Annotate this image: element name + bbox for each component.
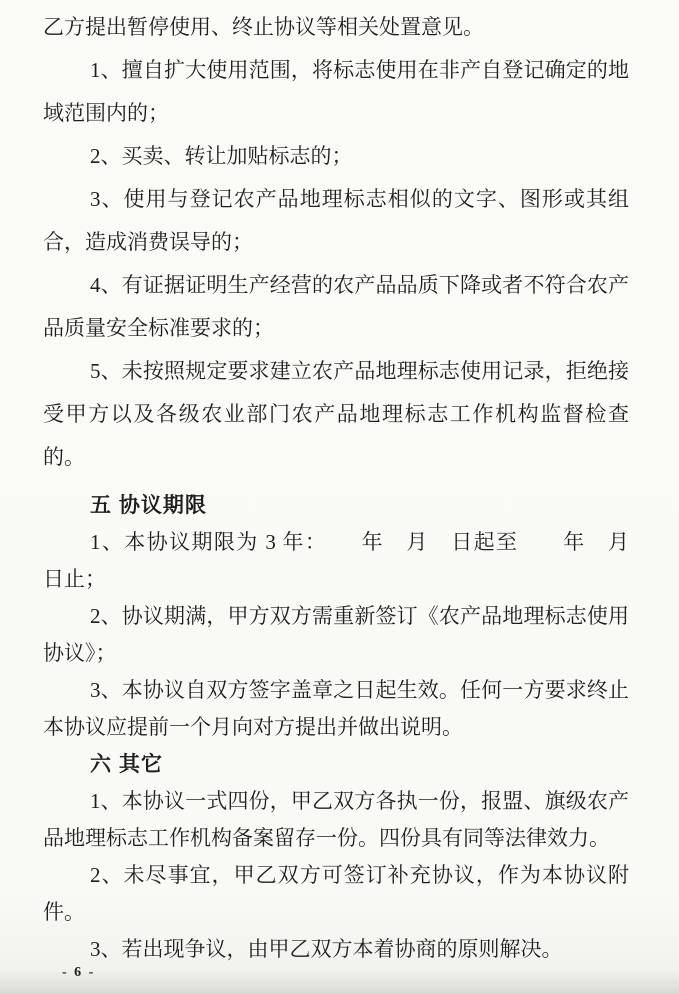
section-term-and-misc: 五 协议期限 1、本协议期限为 3 年： 年 月 日起至 年 月 日止； 2、协… [43, 487, 629, 968]
paragraph: 1、本协议期限为 3 年： 年 月 日起至 年 月 日止； [43, 524, 629, 598]
scanned-document-page: 乙方提出暂停使用、终止协议等相关处置意见。 1、擅自扩大使用范围，将标志使用在非… [0, 0, 679, 994]
paragraph: 1、擅自扩大使用范围，将标志使用在非产自登记确定的地域范围内的； [43, 49, 629, 135]
paragraph: 4、有证据证明生产经营的农产品品质下降或者不符合农产品质量安全标准要求的； [43, 264, 629, 350]
section-violations: 乙方提出暂停使用、终止协议等相关处置意见。 1、擅自扩大使用范围，将标志使用在非… [43, 6, 629, 479]
paragraph: 1、本协议一式四份，甲乙双方各执一份，报盟、旗级农产品地理标志工作机构备案留存一… [43, 783, 629, 857]
paragraph: 乙方提出暂停使用、终止协议等相关处置意见。 [43, 6, 629, 49]
paragraph: 3、本协议自双方签字盖章之日起生效。任何一方要求终止本协议应提前一个月向对方提出… [43, 672, 629, 746]
document-body: 乙方提出暂停使用、终止协议等相关处置意见。 1、擅自扩大使用范围，将标志使用在非… [43, 6, 629, 968]
section-heading: 六 其它 [43, 746, 629, 783]
paragraph: 2、买卖、转让加贴标志的； [43, 135, 629, 178]
paragraph: 3、使用与登记农产品地理标志相似的文字、图形或其组合，造成消费误导的； [43, 178, 629, 264]
section-heading: 五 协议期限 [43, 487, 629, 524]
paragraph: 5、未按照规定要求建立农产品地理标志使用记录，拒绝接受甲方以及各级农业部门农产品… [43, 350, 629, 479]
page-number: - 6 - [62, 965, 95, 981]
paragraph: 2、协议期满，甲方双方需重新签订《农产品地理标志使用协议》； [43, 598, 629, 672]
paragraph: 3、若出现争议，由甲乙双方本着协商的原则解决。 [43, 931, 629, 968]
paragraph: 2、未尽事宜，甲乙双方可签订补充协议，作为本协议附件。 [43, 857, 629, 931]
